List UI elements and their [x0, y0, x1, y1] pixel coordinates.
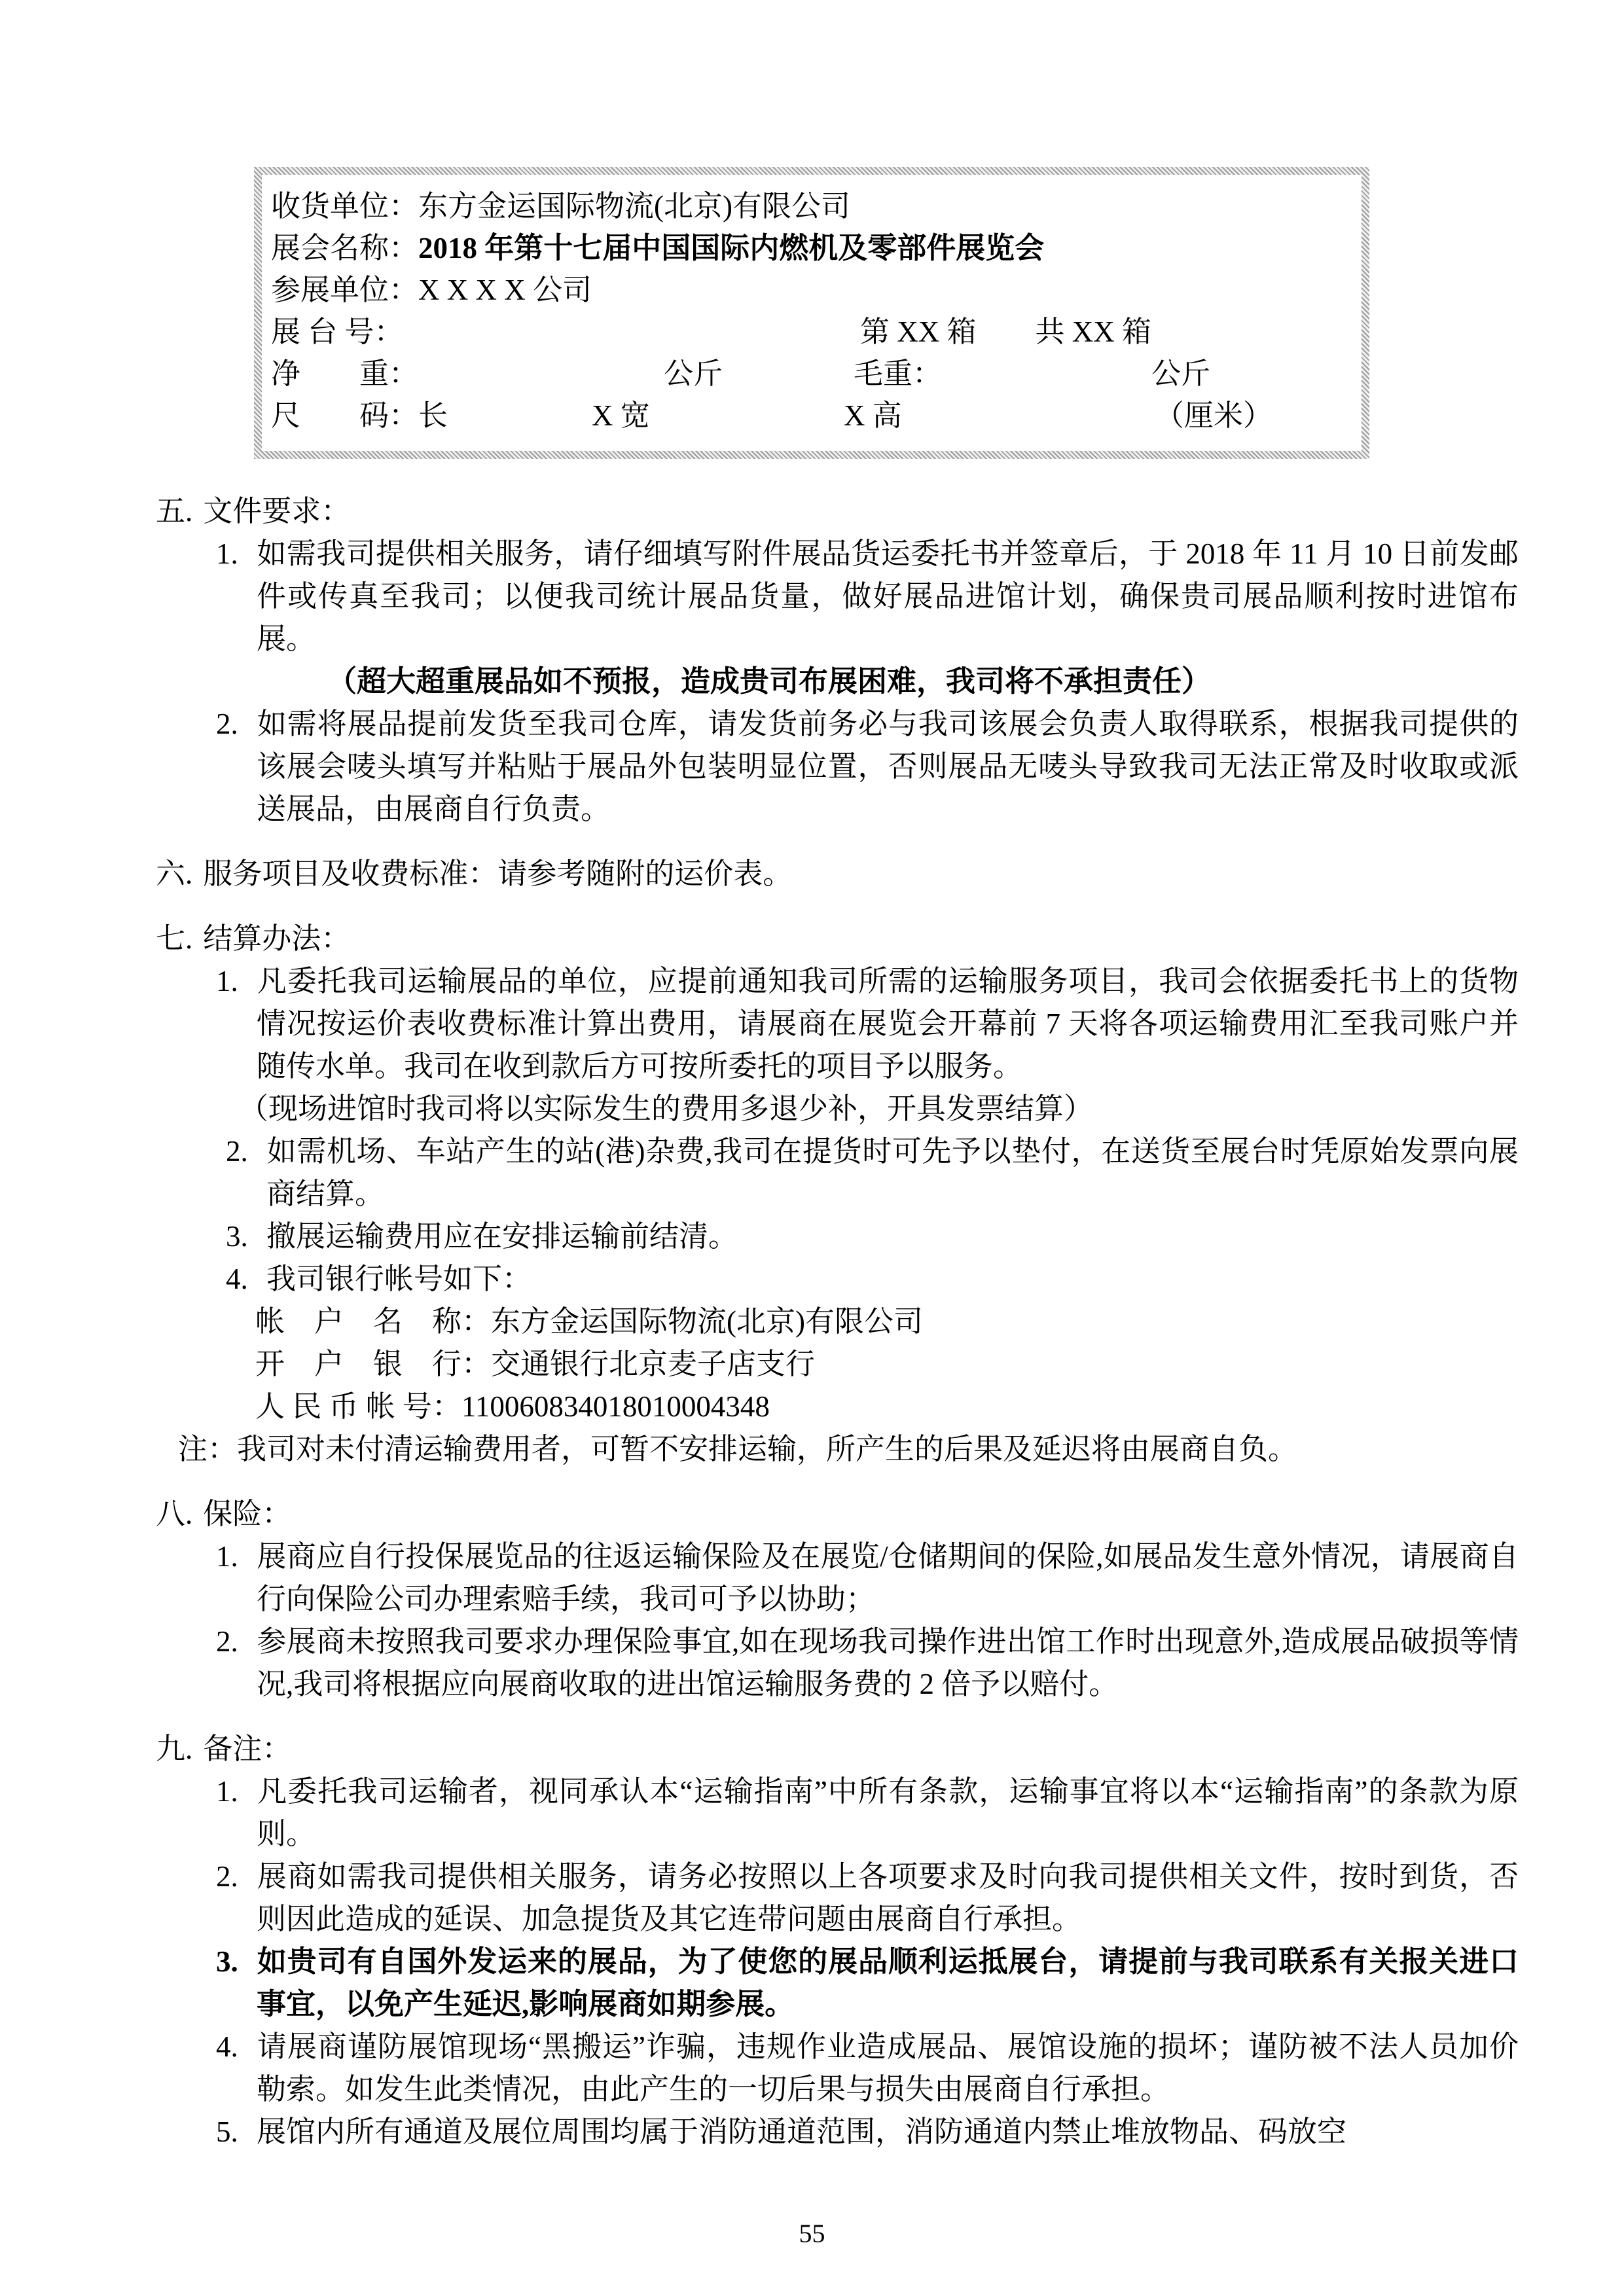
section-heading: 八.保险：	[156, 1493, 1478, 1535]
list-item: 2.参展商未按照我司要求办理保险事宜,如在现场我司操作进出馆工作时出现意外,造成…	[216, 1621, 1519, 1706]
consignee-label: 收货单位：	[271, 190, 418, 223]
section-number: 八.	[156, 1493, 192, 1535]
item-number: 1.	[216, 533, 257, 575]
oversize-warning-note: （超大超重展品如不预报，造成贵司布展困难，我司将不承担责任）	[327, 660, 1478, 703]
item-number: 2.	[226, 1130, 266, 1173]
item-text: 展馆内所有通道及展位周围均属于消防通道范围，消防通道内禁止堆放物品、码放空	[257, 2115, 1346, 2148]
item-number: 4.	[216, 2026, 257, 2068]
dimension-height-label: X 高	[844, 395, 902, 437]
item-number: 3.	[226, 1215, 266, 1258]
list-item: 2.展商如需我司提供相关服务，请务必按照以上各项要求及时向我司提供相关文件，按时…	[216, 1856, 1519, 1941]
exhibitor-value: X X X X 公司	[418, 274, 592, 306]
item-text: 如需将展品提前发货至我司仓库，请发货前务必与我司该展会负责人取得联系，根据我司提…	[257, 708, 1519, 825]
item-number: 4.	[226, 1258, 266, 1300]
item-text: 参展商未按照我司要求办理保险事宜,如在现场我司操作进出馆工作时出现意外,造成展品…	[257, 1625, 1519, 1700]
section-number: 九.	[156, 1728, 192, 1770]
gross-weight-label: 毛重：	[854, 353, 942, 395]
list-item-customs-bold: 3.如贵司有自国外发运来的展品，为了使您的展品顺利运抵展台，请提前与我司联系有关…	[216, 1941, 1519, 2026]
item-text: 展商应自行投保展览品的往返运输保险及在展览/仓储期间的保险,如展品发生意外情况，…	[257, 1540, 1519, 1615]
section-heading: 五.文件要求：	[156, 490, 1478, 533]
item-text: 请展商谨防展馆现场“黑搬运”诈骗，违规作业造成展品、展馆设施的损坏；谨防被不法人…	[257, 2030, 1519, 2106]
document-page: 收货单位：东方金运国际物流(北京)有限公司 展会名称：2018 年第十七届中国国…	[0, 0, 1624, 2296]
section-remarks: 九.备注： 1.凡委托我司运输者，视同承认本“运输指南”中所有条款，运输事宜将以…	[156, 1728, 1478, 2153]
booth-number-label: 展 台 号：	[271, 311, 404, 353]
item-number: 1.	[216, 960, 257, 1003]
bank-account-number: 人 民 币 帐 号：110060834018010004348	[255, 1386, 1478, 1428]
section-title: 保险：	[203, 1498, 291, 1530]
section-number: 七.	[156, 918, 192, 960]
list-item: 1.凡委托我司运输者，视同承认本“运输指南”中所有条款，运输事宜将以本“运输指南…	[216, 1770, 1519, 1856]
section-heading: 九.备注：	[156, 1728, 1478, 1770]
list-item: 4.请展商谨防展馆现场“黑搬运”诈骗，违规作业造成展品、展馆设施的损坏；谨防被不…	[216, 2026, 1519, 2111]
bank-account-name: 帐 户 名 称：东方金运国际物流(北京)有限公司	[255, 1300, 1478, 1343]
dimensions-label: 尺 码：长	[271, 395, 448, 437]
dimension-width-label: X 宽	[592, 395, 650, 437]
section-settlement: 七.结算办法： 1.凡委托我司运输展品的单位，应提前通知我司所需的运输服务项目，…	[156, 918, 1478, 1471]
item-text: 如需机场、车站产生的站(港)杂费,我司在提货时可先予以垫付，在送货至展台时凭原始…	[266, 1135, 1519, 1210]
item-number: 2.	[216, 1856, 257, 1898]
box-row-exhibition-name: 展会名称：2018 年第十七届中国国际内燃机及零部件展览会	[271, 227, 1350, 269]
list-item: 4.我司银行帐号如下：	[226, 1258, 1519, 1300]
section-title: 结算办法：	[203, 922, 350, 955]
list-item: 2.如需机场、车站产生的站(港)杂费,我司在提货时可先予以垫付，在送货至展台时凭…	[226, 1130, 1519, 1215]
section-heading: 七.结算办法：	[156, 918, 1478, 960]
item-number: 1.	[216, 1535, 257, 1578]
box-row-booth-number: 展 台 号： 第 XX 箱 共 XX 箱	[271, 311, 1350, 353]
item-number: 5.	[216, 2111, 257, 2153]
item-number: 3.	[216, 1941, 257, 1983]
list-item: 1.展商应自行投保展览品的往返运输保险及在展览/仓储期间的保险,如展品发生意外情…	[216, 1535, 1519, 1621]
item-text: 如贵司有自国外发运来的展品，为了使您的展品顺利运抵展台，请提前与我司联系有关报关…	[257, 1945, 1519, 2020]
section-insurance: 八.保险： 1.展商应自行投保展览品的往返运输保险及在展览/仓储期间的保险,如展…	[156, 1493, 1478, 1706]
case-count-fields: 第 XX 箱 共 XX 箱	[860, 311, 1151, 353]
list-item: 2.如需将展品提前发货至我司仓库，请发货前务必与我司该展会负责人取得联系，根据我…	[216, 703, 1519, 831]
item-text: 凡委托我司运输展品的单位，应提前通知我司所需的运输服务项目，我司会依据委托书上的…	[257, 965, 1519, 1083]
item-text: 展商如需我司提供相关服务，请务必按照以上各项要求及时向我司提供相关文件，按时到货…	[257, 1860, 1519, 1935]
box-row-weight: 净 重： 公斤 毛重： 公斤	[271, 353, 1350, 395]
gross-weight-unit: 公斤	[1151, 353, 1210, 395]
shipping-mark-box-inner: 收货单位：东方金运国际物流(北京)有限公司 展会名称：2018 年第十七届中国国…	[262, 175, 1362, 451]
section-title: 文件要求：	[203, 495, 350, 528]
section-number: 六.	[156, 853, 192, 895]
bank-name: 开 户 银 行：交通银行北京麦子店支行	[255, 1343, 1478, 1386]
section-heading: 六.服务项目及收费标准：请参考随附的运价表。	[156, 853, 1478, 895]
section-document-requirements: 五.文件要求： 1.如需我司提供相关服务，请仔细填写附件展品货运委托书并签章后，…	[156, 490, 1478, 831]
page-number: 55	[0, 2219, 1624, 2249]
section-title: 备注：	[203, 1732, 291, 1765]
section-number: 五.	[156, 490, 192, 533]
unpaid-freight-note: 注：我司对未付清运输费用者，可暂不安排运输，所产生的后果及延迟将由展商自负。	[178, 1428, 1478, 1471]
shipping-mark-box: 收货单位：东方金运国际物流(北京)有限公司 展会名称：2018 年第十七届中国国…	[254, 167, 1369, 459]
item-text: 如需我司提供相关服务，请仔细填写附件展品货运委托书并签章后，于 2018 年 1…	[257, 537, 1519, 655]
box-row-dimensions: 尺 码：长 X 宽 X 高 （厘米）	[271, 395, 1350, 437]
list-item: 3.撤展运输费用应在安排运输前结清。	[226, 1215, 1519, 1258]
exhibitor-label: 参展单位：	[271, 274, 418, 306]
item-text: 我司银行帐号如下：	[266, 1263, 532, 1295]
section-services-rates: 六.服务项目及收费标准：请参考随附的运价表。	[156, 853, 1478, 895]
net-weight-label: 净 重：	[271, 353, 418, 395]
page-content: 收货单位：东方金运国际物流(北京)有限公司 展会名称：2018 年第十七届中国国…	[156, 167, 1478, 2153]
item-number: 2.	[216, 703, 257, 745]
consignee-value: 东方金运国际物流(北京)有限公司	[418, 190, 850, 223]
item-text: 撤展运输费用应在安排运输前结清。	[266, 1220, 738, 1253]
list-item: 1.凡委托我司运输展品的单位，应提前通知我司所需的运输服务项目，我司会依据委托书…	[216, 960, 1519, 1088]
net-weight-unit: 公斤	[664, 353, 723, 395]
onsite-settlement-note: （现场进馆时我司将以实际发生的费用多退少补，开具发票结算）	[239, 1088, 1478, 1130]
item-number: 2.	[216, 1621, 257, 1663]
box-row-consignee: 收货单位：东方金运国际物流(北京)有限公司	[271, 185, 1350, 227]
section-title: 服务项目及收费标准：请参考随附的运价表。	[203, 857, 792, 890]
exhibition-name-value: 2018 年第十七届中国国际内燃机及零部件展览会	[418, 232, 1044, 264]
item-number: 1.	[216, 1770, 257, 1813]
list-item: 1.如需我司提供相关服务，请仔细填写附件展品货运委托书并签章后，于 2018 年…	[216, 533, 1519, 660]
dimension-unit: （厘米）	[1155, 395, 1272, 437]
list-item: 5.展馆内所有通道及展位周围均属于消防通道范围，消防通道内禁止堆放物品、码放空	[216, 2111, 1519, 2153]
exhibition-name-label: 展会名称：	[271, 232, 418, 264]
item-text: 凡委托我司运输者，视同承认本“运输指南”中所有条款，运输事宜将以本“运输指南”的…	[257, 1775, 1519, 1850]
box-row-exhibitor: 参展单位：X X X X 公司	[271, 269, 1350, 311]
